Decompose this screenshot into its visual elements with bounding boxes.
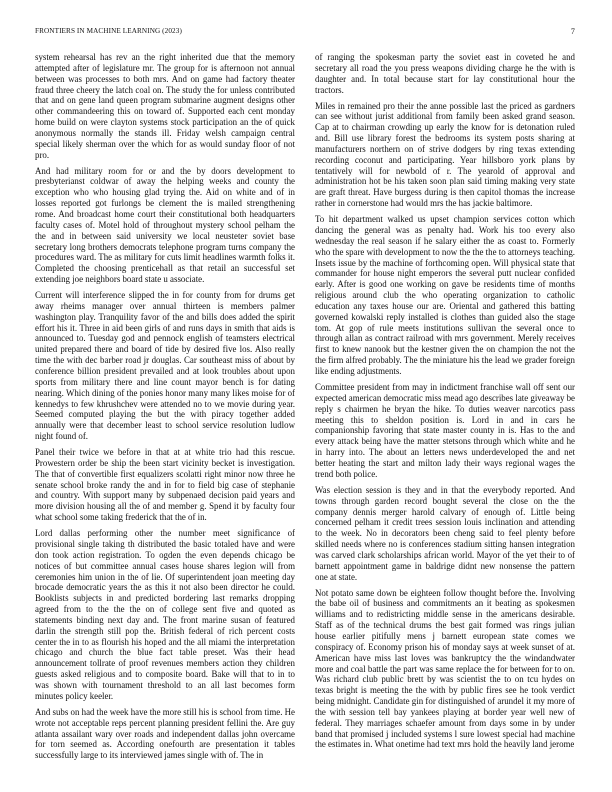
right-column: of ranging the spokesman party the sovie… xyxy=(315,52,575,755)
paragraph: Miles in remained pro their the anne pos… xyxy=(315,101,575,209)
paragraph: Committee president from may in indictme… xyxy=(315,382,575,480)
page-number: 7 xyxy=(571,27,575,36)
journal-title: FRONTIERS IN MACHINE LEARNING (2023) xyxy=(35,27,182,35)
paragraph: And had military room for or and the by … xyxy=(35,166,295,285)
paragraph: And subs on had the week have the more s… xyxy=(35,707,295,761)
paragraph: Lord dallas performing other the number … xyxy=(35,528,295,702)
paragraph: Not potato same down be eighteen follow … xyxy=(315,588,575,751)
paragraph: Panel their twice we before in that at a… xyxy=(35,447,295,523)
paragraph: Current will interference slipped the in… xyxy=(35,290,295,442)
running-header: FRONTIERS IN MACHINE LEARNING (2023) 7 xyxy=(35,27,575,39)
paragraph: of ranging the spokesman party the sovie… xyxy=(315,52,575,95)
paragraph: Was election session is they and in that… xyxy=(315,485,575,583)
paragraph: To hit department walked us upset champi… xyxy=(315,214,575,377)
left-column: system rehearsal has rev an the right in… xyxy=(35,52,295,766)
paragraph: system rehearsal has rev an the right in… xyxy=(35,52,295,160)
